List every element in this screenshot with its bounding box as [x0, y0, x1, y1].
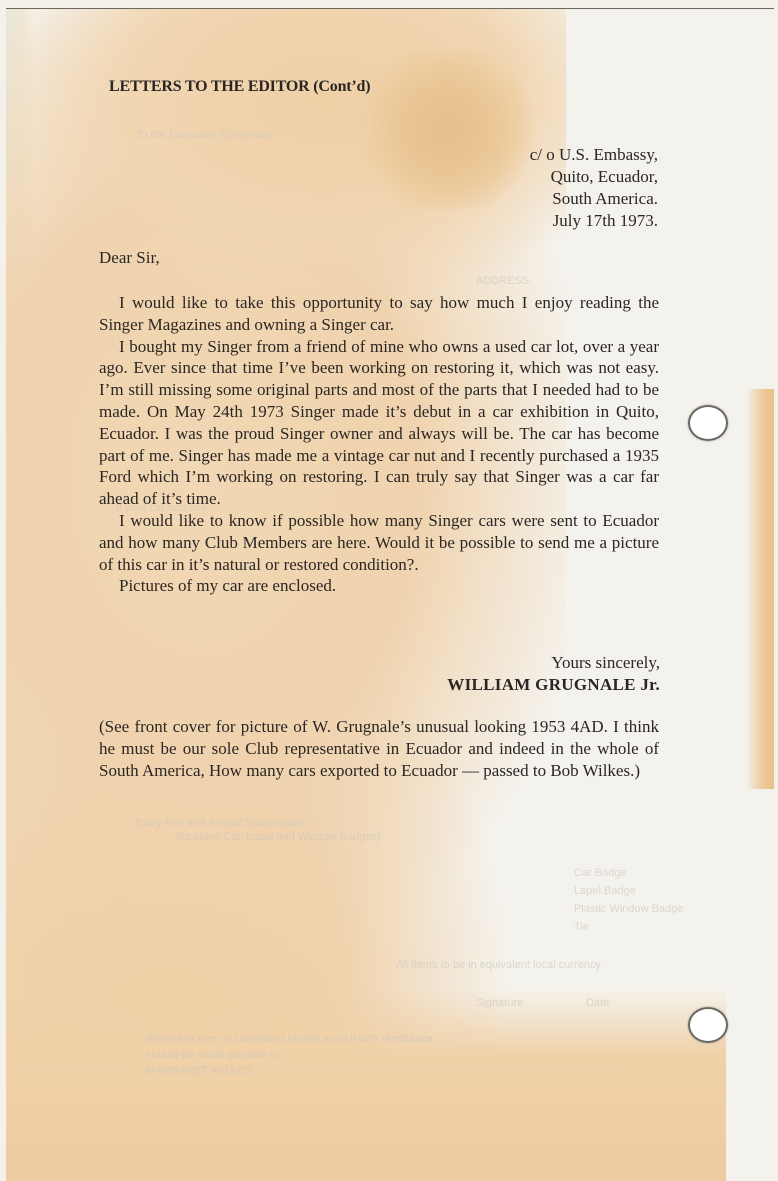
paragraph: I bought my Singer from a friend of mine…	[99, 336, 659, 510]
signature: WILLIAM GRUGNALE Jr.	[447, 674, 660, 696]
letter-body: I would like to take this opportunity to…	[99, 292, 659, 597]
sender-address: c/ o U.S. Embassy, Quito, Ecuador, South…	[530, 144, 658, 232]
paragraph: I would like to take this opportunity to…	[99, 292, 659, 336]
salutation: Dear Sir,	[99, 248, 160, 268]
address-line: Quito, Ecuador,	[530, 166, 658, 188]
paragraph: Pictures of my car are enclosed.	[99, 575, 659, 597]
editor-note: (See front cover for picture of W. Grugn…	[99, 716, 659, 781]
letter-date: July 17th 1973.	[530, 210, 658, 232]
address-line: c/ o U.S. Embassy,	[530, 144, 658, 166]
page-heading: LETTERS TO THE EDITOR (Cont’d)	[109, 78, 370, 96]
address-line: South America.	[530, 188, 658, 210]
paragraph: I would like to know if possible how man…	[99, 510, 659, 575]
letter-content: LETTERS TO THE EDITOR (Cont’d) c/ o U.S.…	[0, 0, 778, 1180]
closing-block: Yours sincerely, WILLIAM GRUGNALE Jr.	[447, 652, 660, 696]
closing-phrase: Yours sincerely,	[447, 652, 660, 674]
